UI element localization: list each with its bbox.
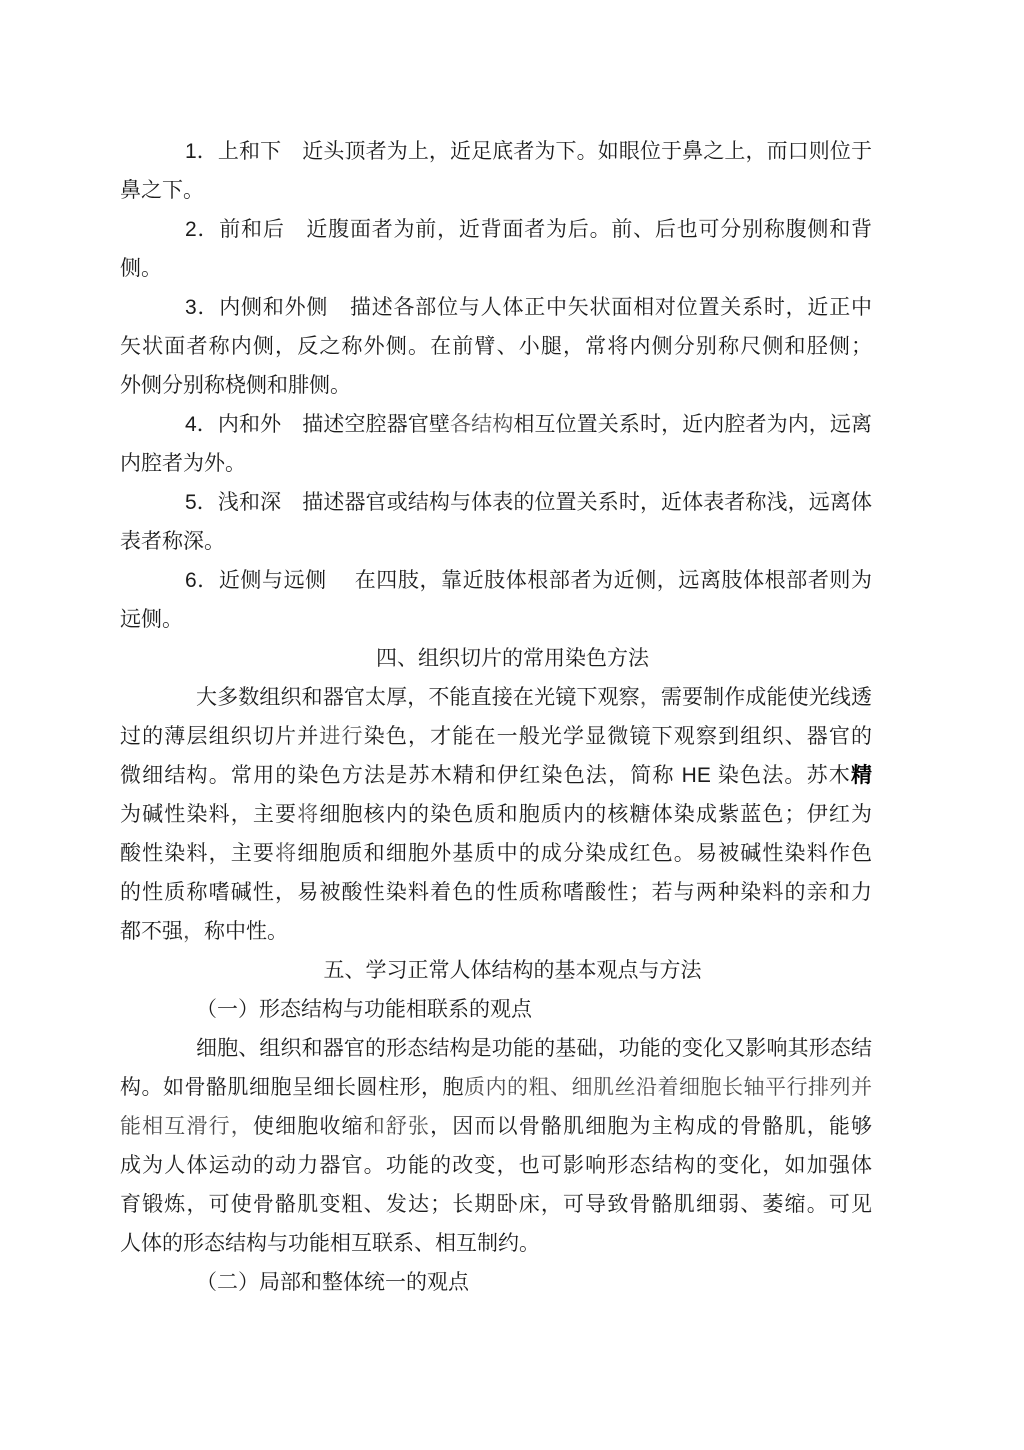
text-segment: 进行 [319,725,363,748]
text-segment: 将 [275,842,297,865]
text-segment: 细胞、组织和器官的形态结构是功能的基础，功能的变化又影响其形态结 [196,1037,872,1060]
text-segment: 能相互滑行， [120,1115,253,1138]
document-text-body: 1．上和下 近头顶者为上，近足底者为下。如眼位于鼻之上，而口则位于鼻之下。2．前… [120,132,872,1302]
text-segment: 都不强 [120,920,183,943]
text-line: 成为人体运动的动力器官。功能的改变，也可影响形态结构的变化，如加强体 [120,1146,872,1185]
text-line: 外侧分别称桡侧和腓侧。 [120,366,872,405]
text-line: 5．浅和深 描述器官或结构与体表的位置关系时，近体表者称浅，远离体 [120,483,872,522]
text-segment: 育锻炼，可使骨骼肌变粗、发达；长期卧床，可导致骨骼肌细弱、萎缩。可见 [120,1193,872,1216]
text-segment: ，因而以骨骼肌细胞为主构成的骨骼肌，能够 [430,1115,872,1138]
text-line: 远侧。 [120,600,872,639]
text-segment: 2．前和后 近腹面者为前，近背面者为后。前、后也可分别称腹侧和背 [185,218,872,241]
text-segment: 各结构 [450,413,513,436]
text-line: 能相互滑行，使细胞收缩和舒张，因而以骨骼肌细胞为主构成的骨骼肌，能够 [120,1107,872,1146]
text-segment: 需要制作成能使光线透 [661,686,872,709]
text-segment: 内腔者为外。 [120,452,246,475]
text-line: 的性质称嗜碱性，易被酸性染料着色的性质称嗜酸性；若与两种染料的亲和力 [120,873,872,912]
text-line: 3．内侧和外侧 描述各部位与人体正中矢状面相对位置关系时，近正中 [120,288,872,327]
text-segment: 相互位置关系时，近内腔者为内，远离 [513,413,872,436]
text-line: 过的薄层组织切片并进行染色，才能在一般光学显微镜下观察到组织、器官的 [120,717,872,756]
text-segment: 过的薄层组织切片并 [120,725,319,748]
text-line: 鼻之下。 [120,171,872,210]
text-line: 酸性染料，主要将细胞质和细胞外基质中的成分染成红色。易被碱性染料作色 [120,834,872,873]
text-segment: 外侧分别称桡侧和腓侧。 [120,374,351,397]
text-segment: ， [183,920,204,943]
text-line: （二）局部和整体统一的观点 [120,1263,872,1302]
text-segment: 大多数组织和器官太厚，不能直接在光镜下观察 [196,686,640,709]
text-segment: ， [640,686,661,709]
text-segment: 染色，才能在一般光学显微镜下观察到组织、器官的 [364,725,872,748]
text-segment: （二）局部和整体统一的观点 [196,1271,469,1294]
text-segment: 6．近侧与远侧 在四肢，靠近肢体根部者为近侧，远离肢体根部者则为 [185,569,872,592]
text-segment: 酸性染料，主要 [120,842,275,865]
text-line: 侧。 [120,249,872,288]
text-segment: 矢状面者称内侧，反之称外侧。在前臂、小腿，常将内侧分别称尺侧和胫侧； [120,335,872,358]
text-segment: 的性质称嗜碱性，易被酸性染料着色的性质称嗜酸性；若与两种染料的亲和力 [120,881,872,904]
text-line: 都不强，称中性。 [120,912,872,951]
text-segment: 质内的粗、细肌丝沿着细胞长轴平行排列并 [464,1076,872,1099]
text-line: （一）形态结构与功能相联系的观点 [120,990,872,1029]
text-segment: 细胞质和细胞外基质中的成分染成红色。易被碱性染料作色 [297,842,872,865]
text-line: 大多数组织和器官太厚，不能直接在光镜下观察，需要制作成能使光线透 [120,678,872,717]
text-line: 1．上和下 近头顶者为上，近足底者为下。如眼位于鼻之上，而口则位于 [120,132,872,171]
text-segment: 3．内侧和外侧 描述各部位与人体正中矢状面相对位置关系时，近正中 [185,296,872,319]
section-heading: 四、组织切片的常用染色方法 [120,639,872,678]
text-segment: 精 [851,764,872,787]
text-line: 4．内和外 描述空腔器官壁各结构相互位置关系时，近内腔者为内，远离 [120,405,872,444]
text-segment: 人体的形态结构与功能相互联系、相互制约。 [120,1232,540,1255]
text-segment: 4．内和外 描述空腔器官壁 [185,413,450,436]
text-line: 6．近侧与远侧 在四肢，靠近肢体根部者为近侧，远离肢体根部者则为 [120,561,872,600]
text-segment: 鼻之下。 [120,179,204,202]
text-segment: 将 [297,803,319,826]
text-line: 内腔者为外。 [120,444,872,483]
text-line: 矢状面者称内侧，反之称外侧。在前臂、小腿，常将内侧分别称尺侧和胫侧； [120,327,872,366]
text-segment: 远侧。 [120,608,183,631]
text-segment: 和舒张 [364,1115,430,1138]
text-line: 表者称深。 [120,522,872,561]
text-segment: 构。如骨骼肌细胞呈细长圆柱形，胞 [120,1076,464,1099]
text-segment: 1．上和下 近头顶者为上，近足底者为下。如眼位于鼻之上，而口则位于 [185,140,872,163]
text-segment: （一）形态结构与功能相联系的观点 [196,998,532,1021]
text-line: 构。如骨骼肌细胞呈细长圆柱形，胞质内的粗、细肌丝沿着细胞长轴平行排列并 [120,1068,872,1107]
text-segment: 四、组织切片的常用染色方法 [376,647,649,670]
text-line: 2．前和后 近腹面者为前，近背面者为后。前、后也可分别称腹侧和背 [120,210,872,249]
text-segment: 五、学习正常人体结构的基本观点与方法 [324,959,702,982]
text-segment: 称中性。 [204,920,288,943]
text-segment: 表者称深。 [120,530,225,553]
text-line: 细胞、组织和器官的形态结构是功能的基础，功能的变化又影响其形态结 [120,1029,872,1068]
text-segment: 细胞核内的染色质和胞质内的核糖体染成紫蓝色；伊红为 [319,803,872,826]
text-segment: 为碱性染料，主要 [120,803,297,826]
document-page: 1．上和下 近头顶者为上，近足底者为下。如眼位于鼻之上，而口则位于鼻之下。2．前… [0,0,1024,1450]
text-segment: 使细胞收缩 [253,1115,364,1138]
text-segment: 5．浅和深 描述器官或结构与体表的位置关系时，近体表者称浅，远离体 [185,491,872,514]
text-segment: 微细结构。常用的染色方法是苏木精和伊红染色法，简称 HE 染色法。苏木 [120,764,851,787]
text-line: 人体的形态结构与功能相互联系、相互制约。 [120,1224,872,1263]
text-segment: 成为人体运动的动力器官。功能的改变，也可影响形态结构的变化，如加强体 [120,1154,872,1177]
text-segment: 侧。 [120,257,162,280]
section-heading: 五、学习正常人体结构的基本观点与方法 [120,951,872,990]
text-line: 微细结构。常用的染色方法是苏木精和伊红染色法，简称 HE 染色法。苏木精 [120,756,872,795]
text-line: 育锻炼，可使骨骼肌变粗、发达；长期卧床，可导致骨骼肌细弱、萎缩。可见 [120,1185,872,1224]
text-line: 为碱性染料，主要将细胞核内的染色质和胞质内的核糖体染成紫蓝色；伊红为 [120,795,872,834]
